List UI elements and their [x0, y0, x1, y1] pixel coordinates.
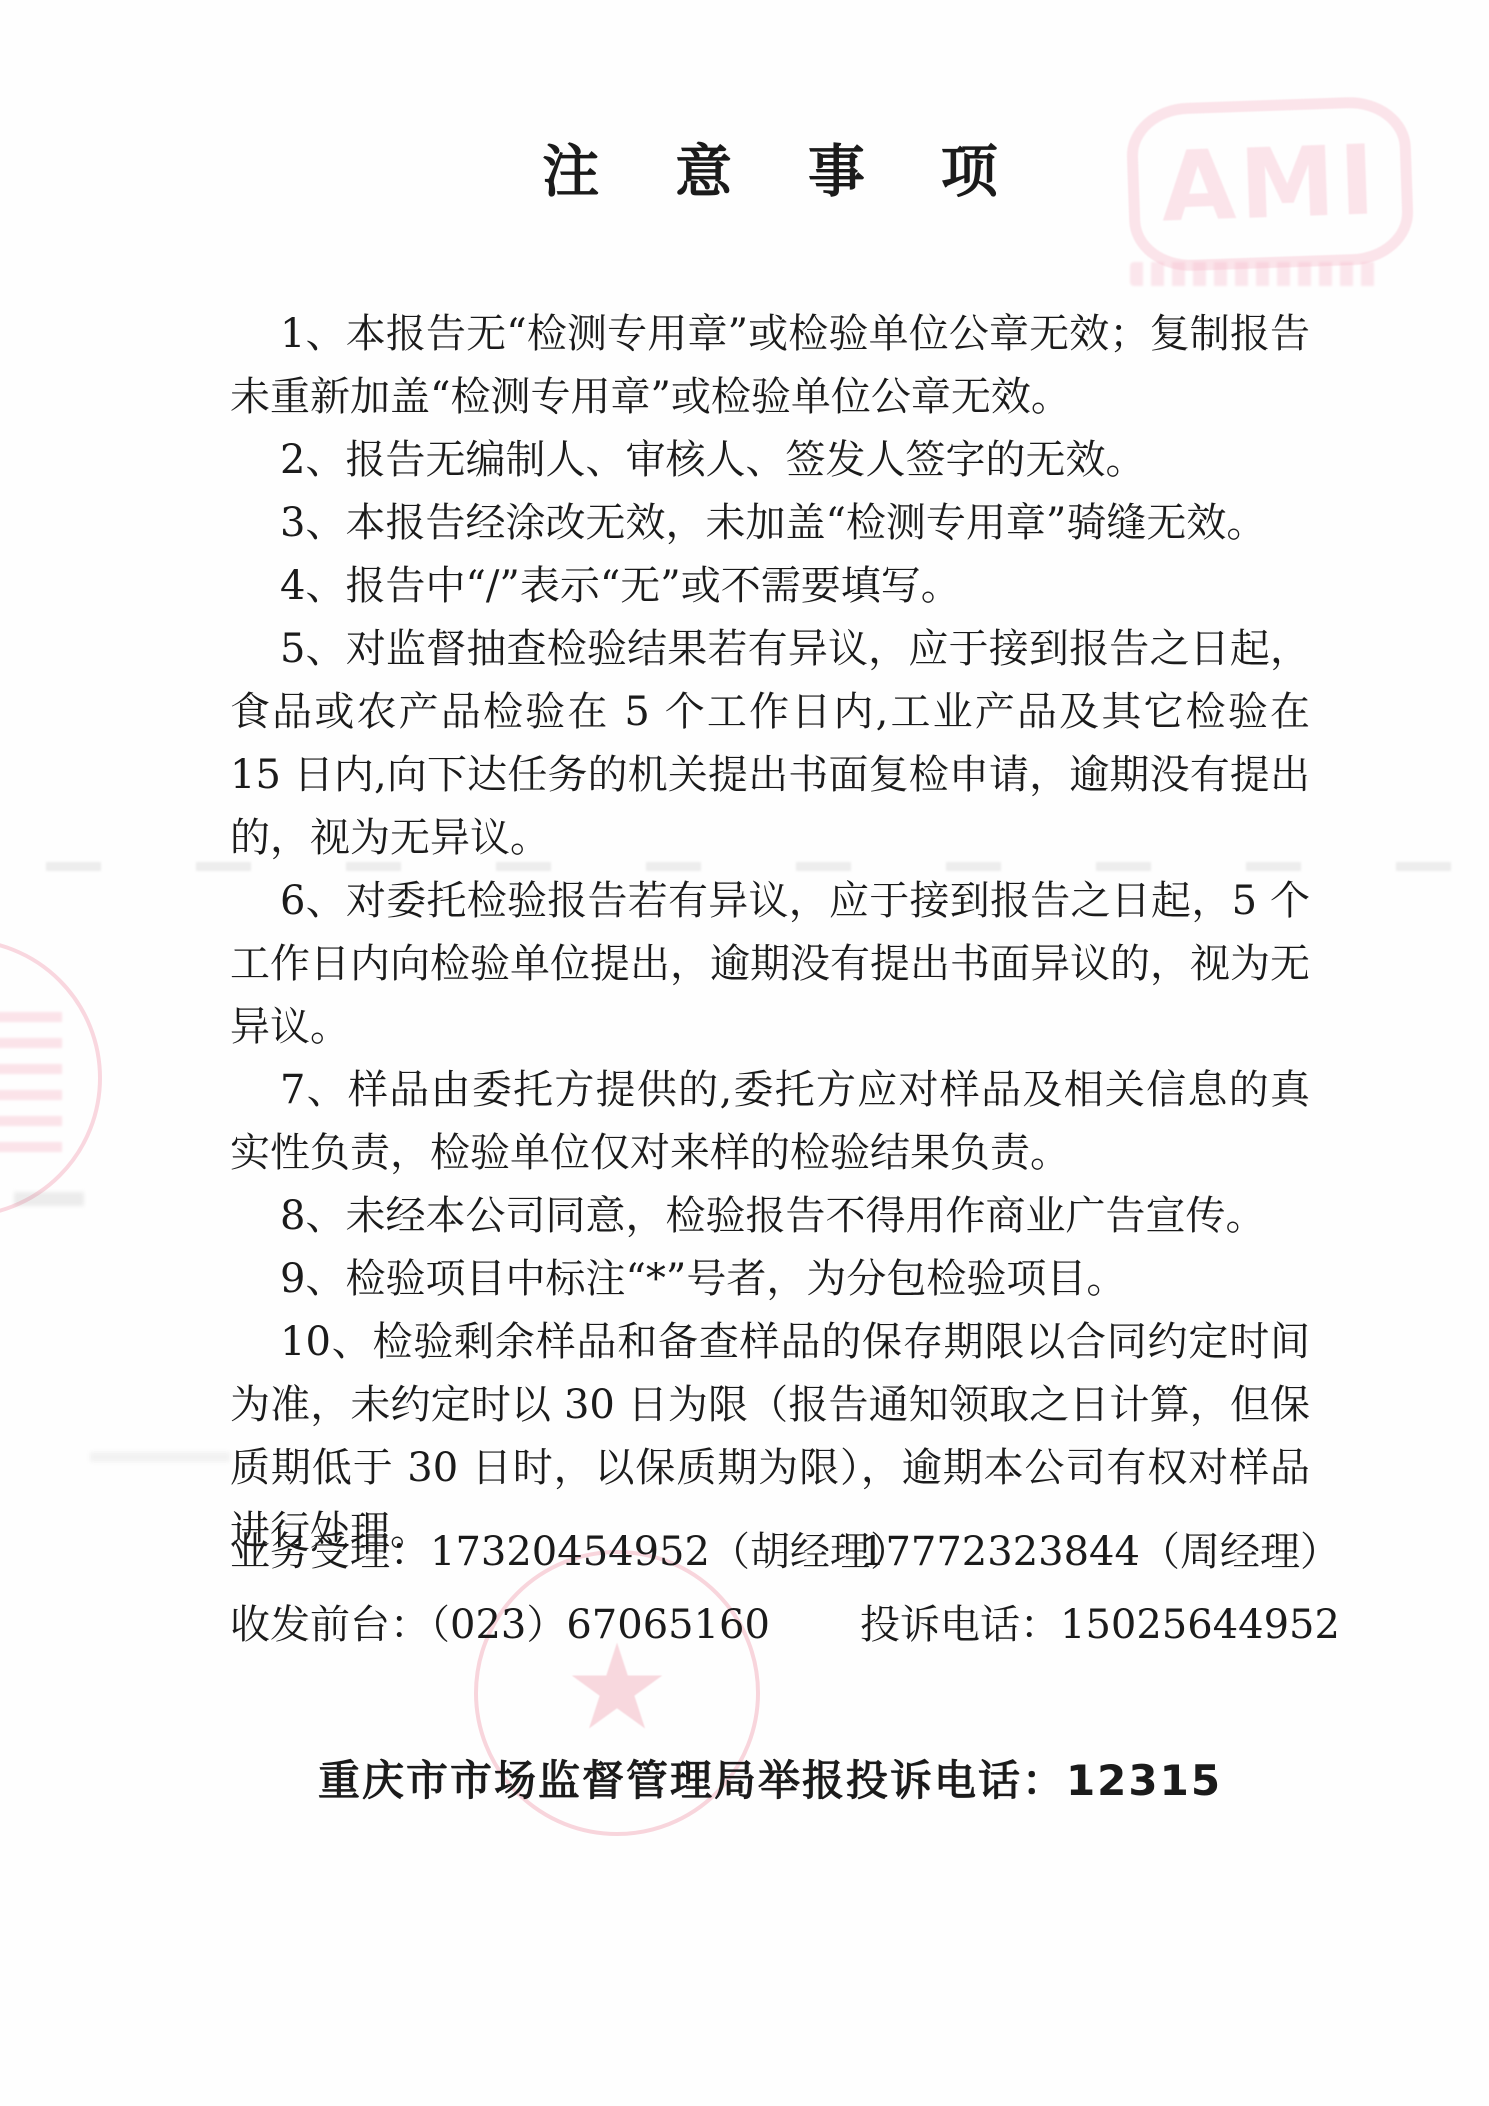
- complaint-label: 投诉电话：: [860, 1602, 1060, 1648]
- stamp-inner-marks: [0, 1012, 62, 1152]
- complaint-phone-group: 投诉电话：15025644952: [860, 1593, 1340, 1650]
- page-title: 注 意 事 项: [230, 126, 1310, 208]
- notice-item-7: 7、样品由委托方提供的,委托方应对样品及相关信息的真实性负责，检验单位仅对来样的…: [230, 1059, 1310, 1185]
- contact-line-frontdesk: 收发前台：（023）67065160 投诉电话：15025644952: [230, 1593, 1340, 1666]
- scan-artifact: [14, 1192, 84, 1206]
- notice-item-5: 5、对监督抽查检验结果若有异议，应于接到报告之日起，食品或农产品检验在 5 个工…: [230, 618, 1310, 870]
- watermark-subtext-bar: [1130, 262, 1382, 286]
- business-label: 业务受理：: [230, 1529, 430, 1575]
- notice-item-2: 2、报告无编制人、审核人、签发人签字的无效。: [230, 429, 1310, 492]
- left-edge-stamp: [0, 938, 102, 1218]
- contact-line-business: 业务受理：17320454952（胡经理） 17772323844（周经理）: [230, 1520, 1340, 1593]
- contact-info: 业务受理：17320454952（胡经理） 17772323844（周经理） 收…: [230, 1520, 1340, 1666]
- complaint-phone: 15025644952: [1060, 1602, 1340, 1648]
- notice-item-1: 1、本报告无“检测专用章”或检验单位公章无效；复制报告未重新加盖“检测专用章”或…: [230, 303, 1310, 429]
- notice-item-4: 4、报告中“/”表示“无”或不需要填写。: [230, 555, 1310, 618]
- scan-artifact: [90, 1452, 230, 1462]
- business-phone-2: 17772323844（周经理）: [860, 1520, 1340, 1577]
- frontdesk-label: 收发前台：: [230, 1602, 430, 1648]
- notice-item-8: 8、未经本公司同意，检验报告不得用作商业广告宣传。: [230, 1185, 1310, 1248]
- regulator-hotline-line: 重庆市市场监督管理局举报投诉电话：12315: [230, 1748, 1310, 1808]
- notice-item-3: 3、本报告经涂改无效，未加盖“检测专用章”骑缝无效。: [230, 492, 1310, 555]
- business-phone-1: 17320454952（胡经理）: [430, 1529, 910, 1575]
- frontdesk-phone: （023）67065160: [430, 1602, 770, 1648]
- notice-page: AMI ★ 注 意 事 项 1、本报告无“检测专用章”或检验单位公章无效；复制报…: [0, 0, 1489, 2106]
- notice-item-6: 6、对委托检验报告若有异议，应于接到报告之日起，5 个工作日内向检验单位提出，逾…: [230, 870, 1310, 1059]
- notice-items: 1、本报告无“检测专用章”或检验单位公章无效；复制报告未重新加盖“检测专用章”或…: [230, 303, 1310, 1563]
- notice-item-9: 9、检验项目中标注“*”号者，为分包检验项目。: [230, 1248, 1310, 1311]
